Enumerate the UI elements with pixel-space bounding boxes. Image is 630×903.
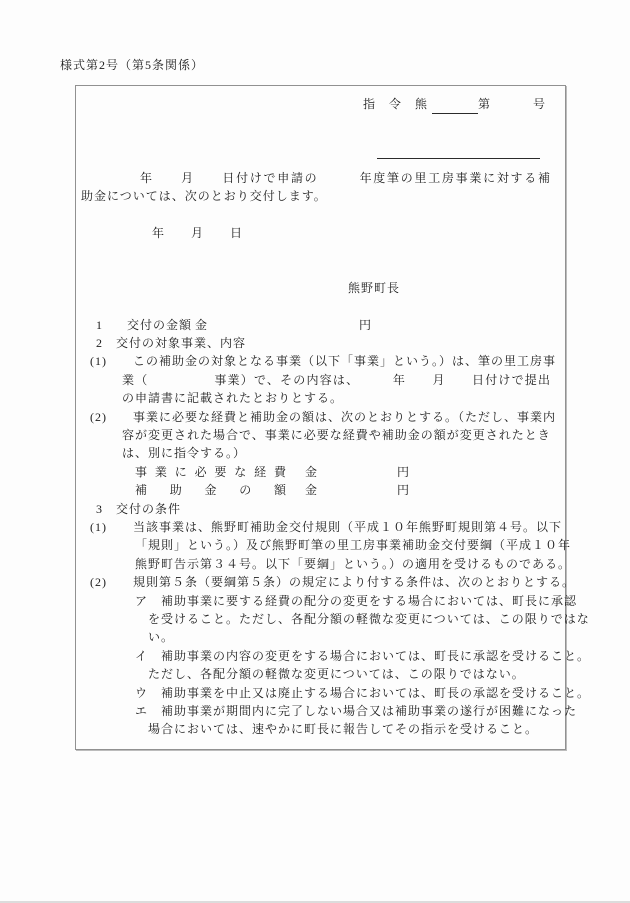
section-3-heading: 3 交付の条件 <box>81 500 551 518</box>
addressee-blank-underline <box>377 150 540 159</box>
clause-3-2-i-line-2: ただし、各配分額の軽微な変更については、この限りではない。 <box>81 665 551 683</box>
document-page: 様式第2号（第5条関係） 指 令 熊 第 号 年 月 日付けで申請の 年度筆の里… <box>0 0 630 903</box>
grant-amount-line: 1 交付の金額 金 円 <box>81 316 551 334</box>
clause-2-2-line-3: は、別に指令する。） <box>81 444 551 462</box>
expense-amount-line: 事業に必要な経費 金 円 <box>81 463 551 481</box>
clause-3-2-i-line-1: イ 補助事業の内容の変更をする場合においては、町長に承認を受けること。 <box>81 647 551 665</box>
grant-amount-kin: 金 <box>195 316 208 334</box>
directive-document-box: 指 令 熊 第 号 年 月 日付けで申請の 年度筆の里工房事業に対する補 助金に… <box>75 85 566 750</box>
clause-3-2-e-line-1: エ 補助事業が期間内に完了しない場合又は補助事業の遂行が困難になった <box>81 702 551 720</box>
blank-line <box>81 261 551 279</box>
blank-line <box>81 132 551 150</box>
addressee-line <box>81 150 551 168</box>
clause-2-1-line-3: の申請書に記載されたとおりとする。 <box>81 389 551 407</box>
subsidy-amount-line: 補助金の額 金 円 <box>81 481 551 499</box>
intro-line-2: 助金については、次のとおり交付します。 <box>81 187 551 205</box>
directive-prefix: 指 令 熊 <box>363 95 428 113</box>
expense-amount-kin: 金 <box>305 463 318 481</box>
blank-line <box>81 113 551 131</box>
clause-3-2-a-line-3: い。 <box>81 628 551 646</box>
date-line: 年 月 日 <box>81 224 551 242</box>
clause-3-2-a-line-1: ア 補助事業に要する経費の配分の変更をする場合においては、町長に承認 <box>81 592 551 610</box>
directive-go: 号 <box>533 95 546 113</box>
clause-3-2-e-line-2: 場合においては、速やかに町長に報告してその指示を受けること。 <box>81 720 551 738</box>
mayor-label: 熊野町長 <box>81 279 551 297</box>
grant-amount-yen: 円 <box>359 316 372 334</box>
clause-2-1-line-1: (1) この補助金の対象となる事業（以下「事業」という。）は、筆の里工房事 <box>81 352 551 370</box>
clause-3-2-a-line-2: を受けること。ただし、各配分額の軽微な変更については、この限りではな <box>81 610 551 628</box>
clause-2-2-line-2: 容が変更された場合で、事業に必要な経費や補助金の額が変更されたとき <box>81 426 551 444</box>
grant-amount-label: 交付の金額 <box>127 316 192 334</box>
clause-2-1-line-2: 業（ 事業）で、その内容は、 年 月 日付けで提出 <box>81 371 551 389</box>
clause-3-1-line-2: 「規則」という。）及び熊野町筆の里工房事業補助金交付要綱（平成１０年 <box>81 536 551 554</box>
form-style-label: 様式第2号（第5条関係） <box>60 56 204 73</box>
directive-number-line: 指 令 熊 第 号 <box>81 95 551 113</box>
blank-line <box>81 297 551 315</box>
blank-line <box>81 242 551 260</box>
grant-amount-number: 1 <box>96 316 103 334</box>
clause-3-2-u-line-1: ウ 補助事業を中止又は廃止する場合においては、町長の承認を受けること。 <box>81 684 551 702</box>
clause-3-2-line-1: (2) 規則第５条（要綱第５条）の規定により付する条件は、次のとおりとする。 <box>81 573 551 591</box>
subsidy-amount-kin: 金 <box>305 481 318 499</box>
subsidy-amount-yen: 円 <box>397 481 410 499</box>
clause-2-2-line-1: (2) 事業に必要な経費と補助金の額は、次のとおりとする。（ただし、事業内 <box>81 408 551 426</box>
clause-3-1-line-1: (1) 当該事業は、熊野町補助金交付規則（平成１０年熊野町規則第４号。以下 <box>81 518 551 536</box>
clause-3-1-line-3: 熊野町告示第３４号。以下「要綱」という。）の適用を受けるものである。 <box>81 555 551 573</box>
directive-dai: 第 <box>478 95 491 113</box>
expense-amount-yen: 円 <box>397 463 410 481</box>
section-2-heading: 2 交付の対象事業、内容 <box>81 334 551 352</box>
intro-line-1: 年 月 日付けで申請の 年度筆の里工房事業に対する補 <box>81 169 551 187</box>
directive-number-blank-underline <box>432 102 478 114</box>
expense-amount-label: 事業に必要な経費 <box>135 463 287 481</box>
subsidy-amount-label: 補助金の額 <box>135 481 287 499</box>
blank-line <box>81 205 551 223</box>
